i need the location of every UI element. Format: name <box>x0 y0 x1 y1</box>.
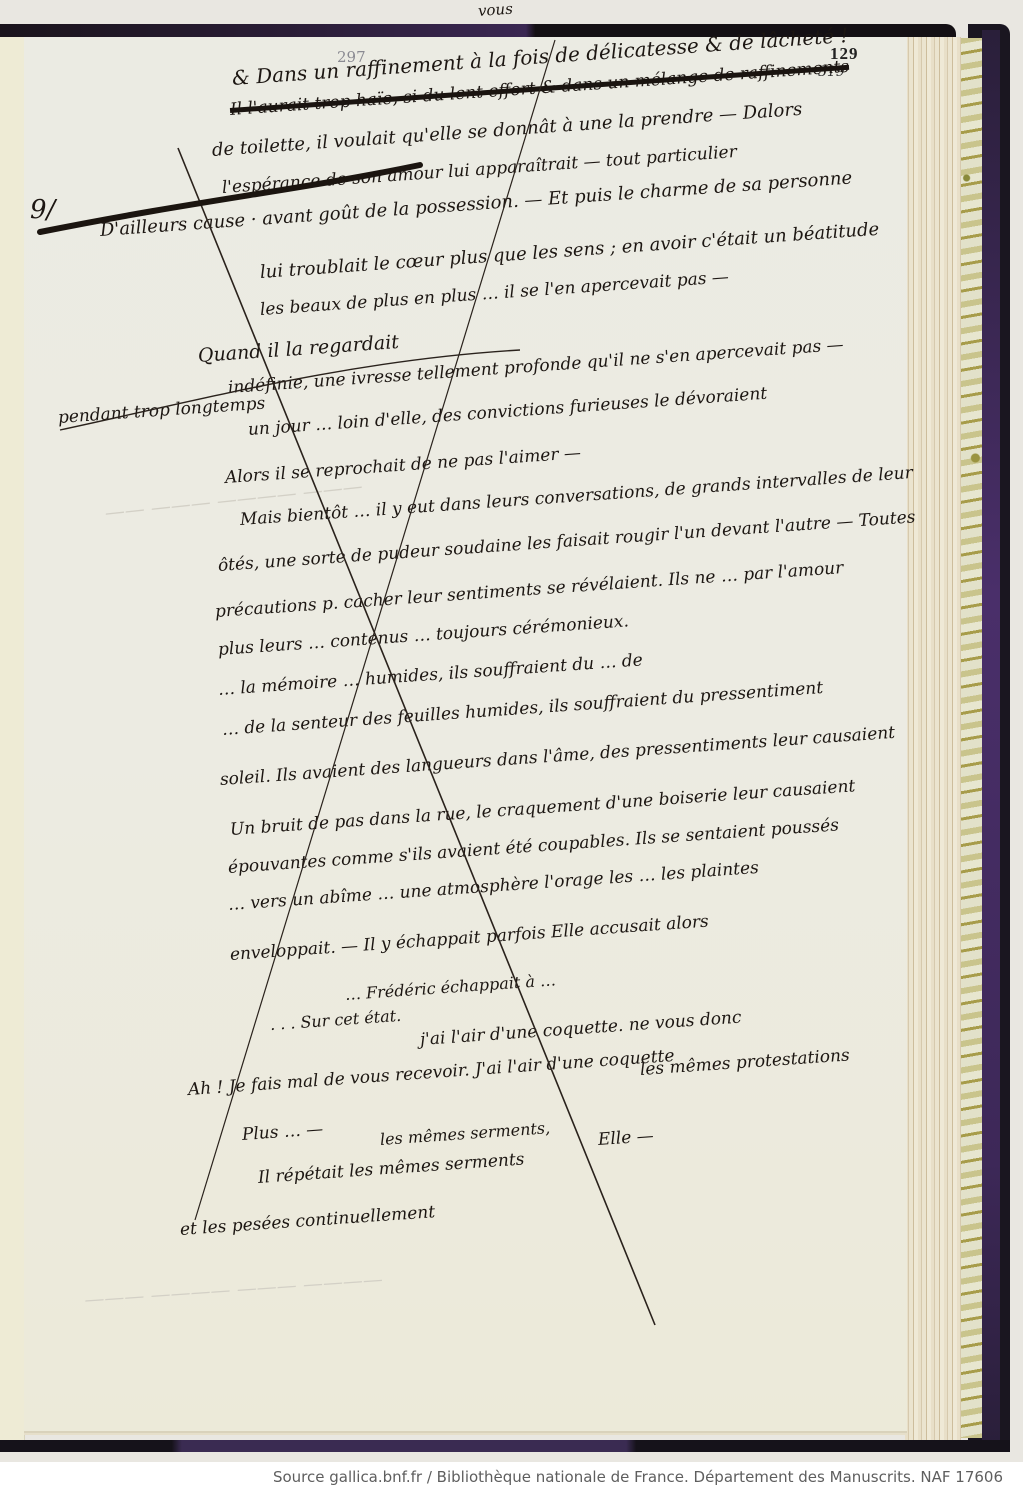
source-credit-bar: Source gallica.bnf.fr / Bibliothèque nat… <box>0 1462 1023 1501</box>
source-credit: Source gallica.bnf.fr / Bibliothèque nat… <box>273 1468 1003 1486</box>
cancellation-cross-lines <box>0 0 1023 1501</box>
